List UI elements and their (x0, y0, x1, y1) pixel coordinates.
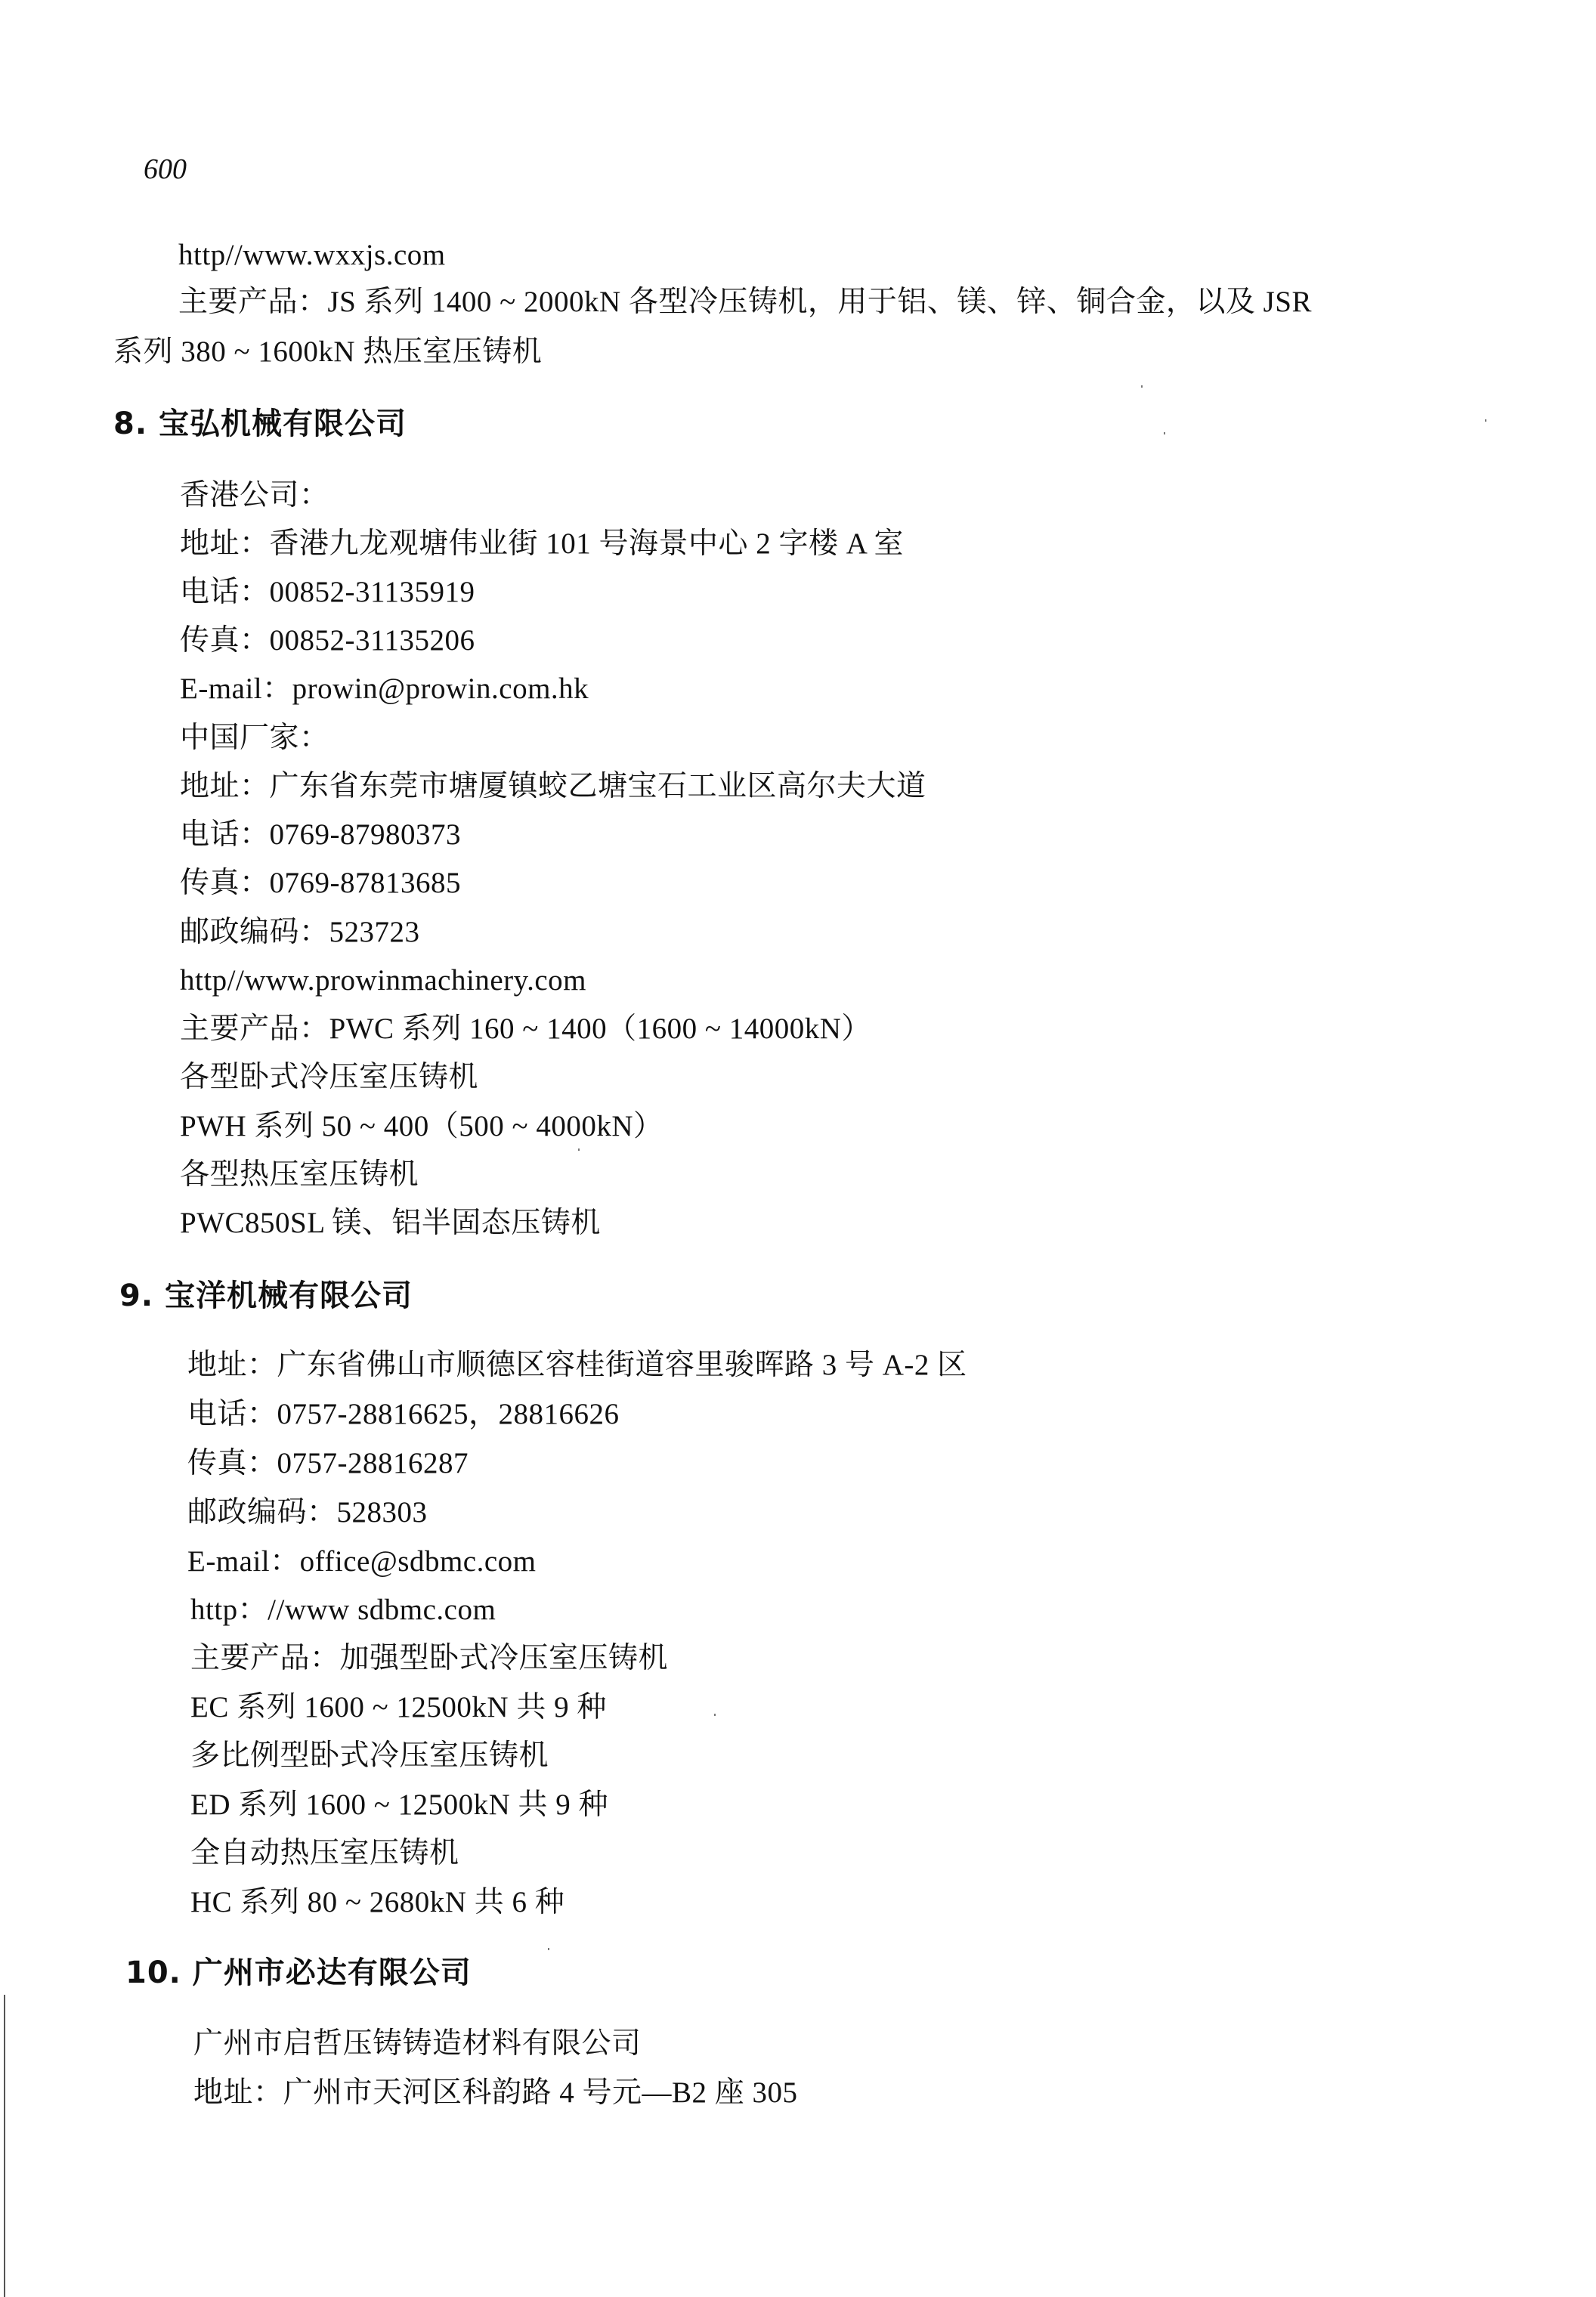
fax: 传真：0757-28816287 (187, 1447, 469, 1480)
product-line: 各型卧式冷压室压铸机 (180, 1061, 478, 1094)
product-line: PWH 系列 50 ~ 400（500 ~ 4000kN） (180, 1110, 663, 1143)
email: E-mail：office@sdbmc.com (187, 1545, 537, 1578)
product-line: 多比例型卧式冷压室压铸机 (190, 1739, 549, 1773)
address: 地址：广东省佛山市顺德区容桂街道容里骏晖路 3 号 A-2 区 (187, 1349, 967, 1382)
factory-website: http//www.prowinmachinery.com (180, 964, 586, 997)
product-line: PWC850SL 镁、铝半固态压铸机 (180, 1207, 601, 1240)
hk-office-label: 香港公司： (180, 479, 329, 512)
section-heading-8: 8. 宝弘机械有限公司 (113, 407, 407, 441)
main-products: 主要产品：PWC 系列 160 ~ 1400（1600 ~ 14000kN） (180, 1012, 871, 1046)
scan-speck (1485, 419, 1486, 422)
hk-email: E-mail：prowin@prowin.com.hk (180, 672, 589, 706)
product-line: ED 系列 1600 ~ 12500kN 共 9 种 (190, 1788, 608, 1822)
products-line: 主要产品：JS 系列 1400 ~ 2000kN 各型冷压铸机，用于铝、镁、锌、… (178, 286, 1312, 319)
website-line: http//www.wxxjs.com (178, 239, 446, 272)
section-heading-9: 9. 宝洋机械有限公司 (119, 1278, 413, 1313)
postcode: 邮政编码：528303 (187, 1496, 428, 1529)
page-number: 600 (144, 153, 187, 186)
scan-speck (578, 1148, 580, 1151)
scan-speck (1164, 432, 1165, 434)
scan-speck (1141, 385, 1143, 388)
hk-address: 地址：香港九龙观塘伟业街 101 号海景中心 2 字楼 A 室 (180, 527, 904, 561)
address: 地址：广州市天河区科韵路 4 号元—B2 座 305 (193, 2076, 798, 2110)
website: http：//www sdbmc.com (190, 1594, 496, 1627)
phone: 电话：0757-28816625，28816626 (187, 1398, 620, 1431)
factory-phone: 电话：0769-87980373 (180, 818, 461, 852)
scan-speck (548, 1948, 549, 1950)
products-line-continued: 系列 380 ~ 1600kN 热压室压铸机 (113, 335, 542, 369)
factory-address: 地址：广东省东莞市塘厦镇蛟乙塘宝石工业区高尔夫大道 (180, 770, 926, 803)
hk-phone: 电话：00852-31135919 (180, 576, 475, 609)
scan-edge-line (4, 1995, 5, 2297)
scan-speck (714, 1714, 716, 1716)
hk-fax: 传真：00852-31135206 (180, 624, 475, 657)
product-line: 各型热压室压铸机 (180, 1158, 419, 1192)
product-line: HC 系列 80 ~ 2680kN 共 6 种 (190, 1886, 564, 1919)
main-products: 主要产品：加强型卧式冷压室压铸机 (190, 1642, 668, 1675)
company-name: 广州市启哲压铸铸造材料有限公司 (193, 2027, 642, 2060)
factory-fax: 传真：0769-87813685 (180, 867, 461, 900)
section-heading-10: 10. 广州市必达有限公司 (125, 1955, 472, 1990)
china-factory-label: 中国厂家： (180, 722, 329, 755)
factory-postcode: 邮政编码：523723 (180, 916, 420, 949)
product-line: 全自动热压室压铸机 (190, 1837, 459, 1870)
product-line: EC 系列 1600 ~ 12500kN 共 9 种 (190, 1691, 607, 1724)
